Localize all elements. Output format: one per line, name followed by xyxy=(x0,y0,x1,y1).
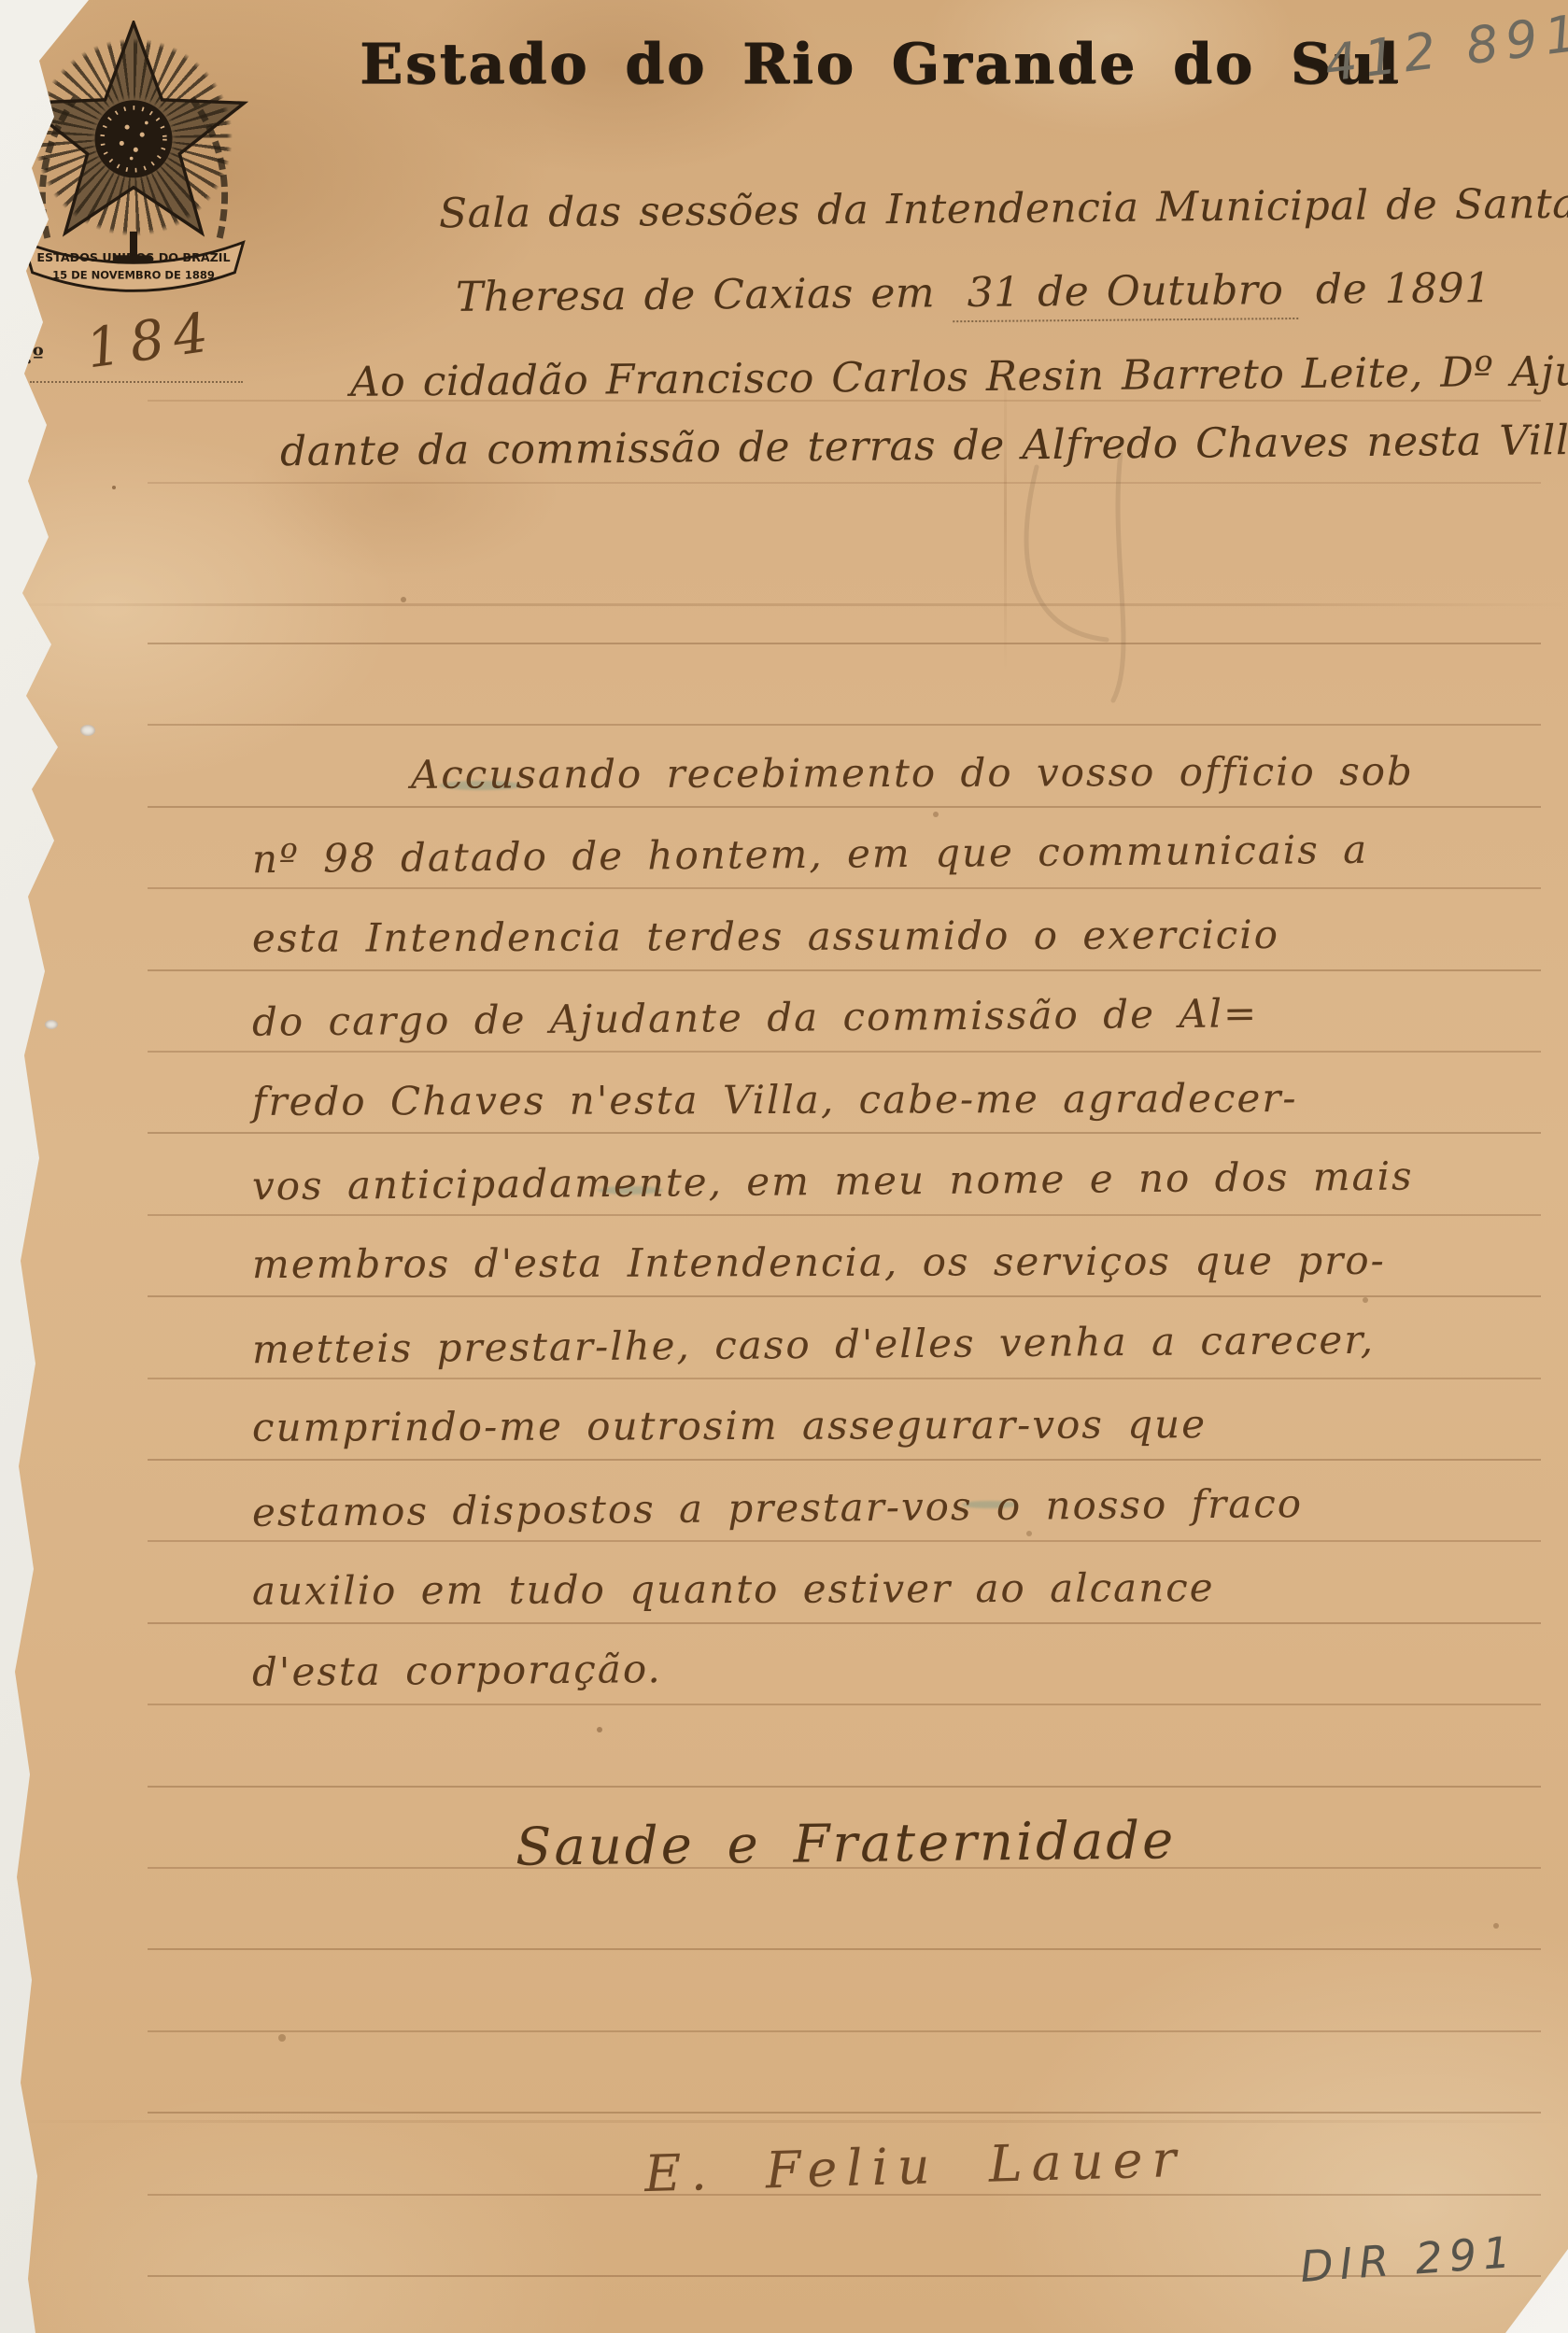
ghost-pencil-mark xyxy=(971,448,1251,710)
scanned-document: ESTADOS UNIDOS DO BRAZIL 15 DE NOVEMBRO … xyxy=(0,0,1568,2333)
opening-line-2: Theresa de Caxias em 31 de Outubro de 18… xyxy=(456,264,1491,321)
body-line-5: fredo Chaves n'esta Villa, cabe-me agrad… xyxy=(252,1075,1298,1124)
ruled-line xyxy=(148,1459,1541,1461)
ruled-line xyxy=(148,1948,1541,1950)
body-line-8: metteis prestar-lhe, caso d'elles venha … xyxy=(252,1317,1375,1372)
ruled-line xyxy=(148,887,1541,889)
ruled-line xyxy=(148,1051,1541,1053)
archival-number-pencil: 412 891 xyxy=(1321,3,1568,93)
opening-line-1: Sala das sessões da Intendencia Municipa… xyxy=(439,180,1568,238)
coat-of-arms-svg: ESTADOS UNIDOS DO BRAZIL 15 DE NOVEMBRO … xyxy=(15,21,252,303)
ruled-line xyxy=(148,2112,1541,2114)
foxing-specks xyxy=(112,486,116,489)
ruled-line xyxy=(148,724,1541,726)
ruled-line xyxy=(148,2030,1541,2032)
body-line-11: auxilio em tudo quanto estiver ao alcanc… xyxy=(252,1564,1215,1614)
ruled-line xyxy=(148,1378,1541,1379)
closing-salutation: Saude e Fraternidade xyxy=(516,1810,1177,1877)
ruled-line xyxy=(148,1295,1541,1297)
ruled-line xyxy=(148,1540,1541,1542)
ruled-line xyxy=(148,482,1541,484)
opening-line-2-suffix: de 1891 xyxy=(1316,264,1491,314)
body-line-9: cumprindo-me outrosim assegurar-vos que xyxy=(252,1401,1207,1450)
ruled-line xyxy=(148,806,1541,808)
opening-line-2-prefix: Theresa de Caxias em xyxy=(456,269,936,320)
signature: E. Feliu Lauer xyxy=(643,2129,1186,2203)
body-line-6: vos anticipadamente, em meu nome e no do… xyxy=(252,1153,1414,1209)
paper-hole xyxy=(45,1020,58,1029)
ruled-line xyxy=(148,643,1541,644)
opening-line-2-date: 31 de Outubro xyxy=(952,266,1298,322)
ruled-line xyxy=(148,1622,1541,1624)
body-line-3: esta Intendencia terdes assumido o exerc… xyxy=(252,912,1279,961)
document-number: 184 xyxy=(82,300,221,381)
body-line-10: estamos dispostos a prestar-vos o nosso … xyxy=(252,1480,1303,1535)
body-line-12: d'esta corporação. xyxy=(252,1646,662,1695)
horizontal-crease xyxy=(0,2120,1568,2123)
celestial-globe xyxy=(95,100,173,177)
archival-code-pencil: DIR 291 xyxy=(1298,2227,1519,2292)
ribbon-text-bottom: 15 DE NOVEMBRO DE 1889 xyxy=(52,269,215,282)
opening-line-3: Ao cidadão Francisco Carlos Resin Barret… xyxy=(350,347,1568,406)
ruled-line xyxy=(148,1214,1541,1216)
body-line-1: Accusando recebimento do vosso officio s… xyxy=(411,748,1414,798)
body-line-4: do cargo de Ajudante da commissão de Al= xyxy=(252,990,1259,1044)
body-line-7: membros d'esta Intendencia, os serviços … xyxy=(252,1237,1386,1287)
opening-line-4: dante da commissão de terras de Alfredo … xyxy=(280,417,1568,475)
body-line-2: nº 98 datado de hontem, em que communica… xyxy=(252,827,1369,882)
letterhead-title: Estado do Rio Grande do Sul xyxy=(360,32,1401,97)
brazil-coat-of-arms-icon: ESTADOS UNIDOS DO BRAZIL 15 DE NOVEMBRO … xyxy=(15,21,252,303)
number-dotted-line xyxy=(30,381,243,383)
ribbon-text-top: ESTADOS UNIDOS DO BRAZIL xyxy=(36,250,230,264)
ruled-line xyxy=(148,1132,1541,1134)
ruled-line xyxy=(148,1704,1541,1705)
horizontal-crease xyxy=(0,603,1568,606)
paper-sheet: ESTADOS UNIDOS DO BRAZIL 15 DE NOVEMBRO … xyxy=(0,0,1568,2333)
number-label: N.º xyxy=(6,342,44,369)
paper-hole xyxy=(21,839,37,852)
ruled-line xyxy=(148,969,1541,971)
ruled-line xyxy=(148,1786,1541,1788)
paper-hole xyxy=(80,725,95,736)
